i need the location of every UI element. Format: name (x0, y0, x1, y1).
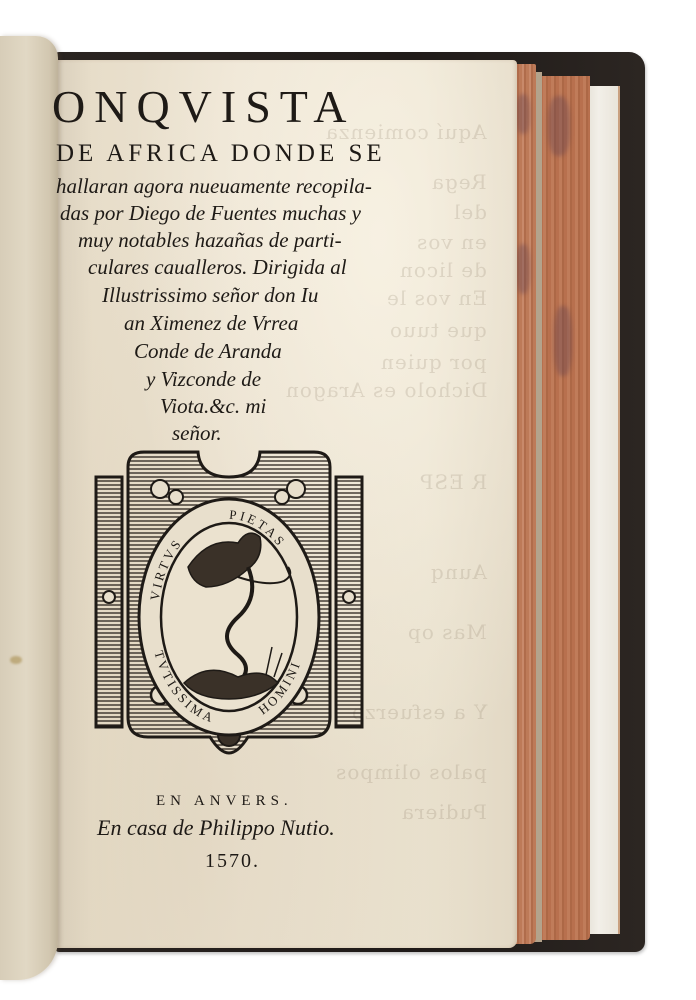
page-edge-white (586, 86, 620, 934)
show-through-text: En vos le (386, 286, 487, 310)
body-line: Illustrissimo señor don Iu (102, 283, 318, 308)
stain (516, 244, 530, 294)
show-through-text: Dicholo es Aragon (285, 378, 487, 402)
show-through-text: Aunq (430, 560, 487, 584)
body-line: y Vizconde de (146, 367, 261, 392)
stain (516, 94, 530, 134)
printers-device-woodcut: PIETAS VIRTVS TVTISSIMA HOMINI (88, 447, 370, 755)
body-line: hallaran agora nueuamente recopila- (56, 174, 372, 199)
body-line: culares caualleros. Dirigida al (88, 255, 347, 280)
body-line: señor. (172, 421, 222, 446)
curled-left-page (0, 36, 58, 980)
body-line: Viota.&c. mi (160, 394, 266, 419)
book-photograph: Aquí comienza Rega del en vos de licon E… (0, 0, 696, 1000)
show-through-text: que tuuo (389, 318, 487, 342)
show-through-text: en vos (416, 230, 487, 254)
show-through-text: R ESP (419, 470, 487, 494)
imprint-printer: En casa de Philippo Nutio. (97, 815, 335, 841)
show-through-text: Rega (431, 170, 487, 194)
body-line: an Ximenez de Vrrea (124, 311, 298, 336)
body-line: Conde de Aranda (134, 339, 282, 364)
show-through-text: palos olimpos (335, 760, 487, 784)
body-line: das por Diego de Fuentes muchas y (60, 201, 361, 226)
imprint-place: EN ANVERS. (156, 793, 293, 810)
title-line-1: ONQVISTA (52, 80, 355, 133)
imprint-year: 1570. (205, 850, 260, 873)
stain (10, 656, 22, 664)
title-line-2: DE AFRICA DONDE SE (56, 140, 386, 168)
show-through-text: de licon (399, 258, 487, 282)
page-edge-red-outer (540, 76, 590, 940)
show-through-text: del (453, 200, 487, 224)
show-through-text: Pudiera (401, 800, 487, 824)
show-through-text: Mas op (407, 620, 487, 644)
stain (548, 96, 570, 156)
body-line: muy notables hazañas de parti- (78, 228, 342, 253)
show-through-text: Y a esfuerzo (351, 700, 487, 724)
stain (554, 306, 572, 376)
show-through-text: por quien (380, 350, 487, 374)
